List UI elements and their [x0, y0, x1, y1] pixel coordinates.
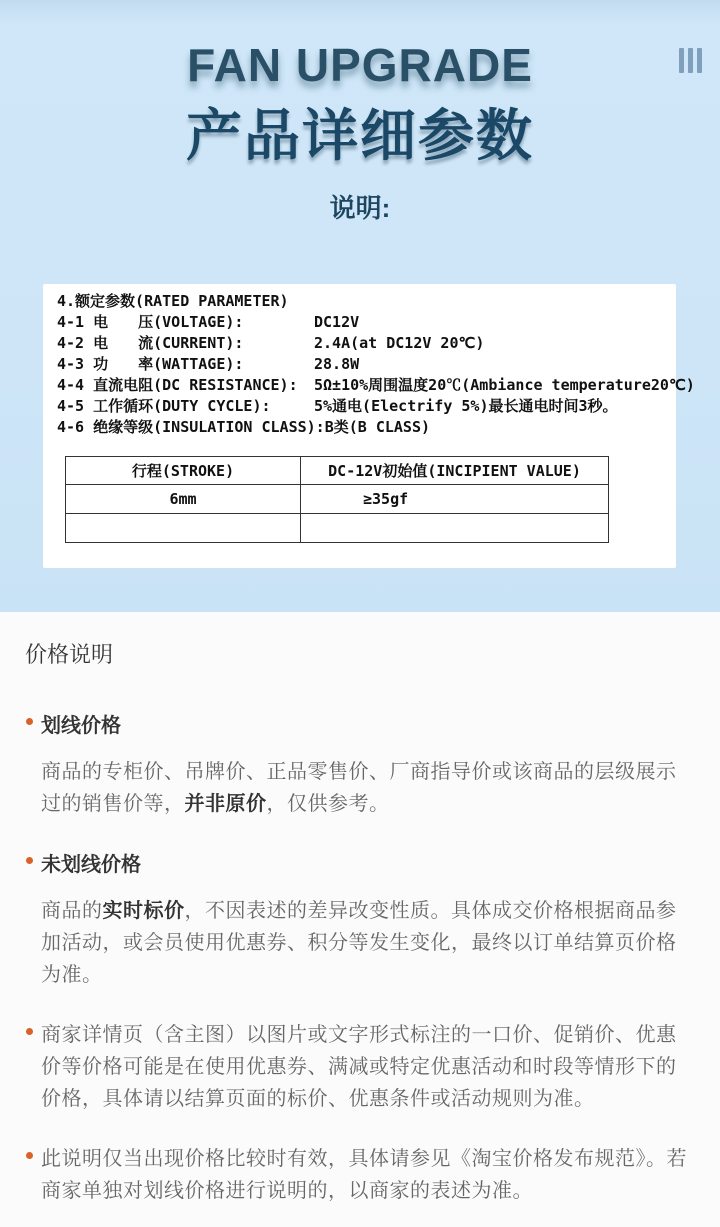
spec-value: DC12V: [314, 313, 359, 331]
note-paragraph: 商家详情页（含主图）以图片或文字形式标注的一口价、促销价、优惠价等价格可能是在使…: [41, 1019, 696, 1115]
spec-value: 28.8W: [314, 355, 359, 373]
spec-label: 4-4 直流电阻(DC RESISTANCE):: [57, 375, 314, 396]
hero-title-en: FAN UPGRADE: [0, 38, 720, 92]
note-unstruck-price: 未划线价格 商品的实时标价，不因表述的差异改变性质。具体成交价格根据商品参加活动…: [25, 848, 696, 991]
table-header-row: 行程(STROKE) DC-12V初始值(INCIPIENT VALUE): [66, 457, 609, 485]
spec-value: B类(B CLASS): [325, 418, 430, 436]
spec-heading: 4.额定参数(RATED PARAMETER): [57, 291, 666, 312]
note-title: 未划线价格: [41, 848, 696, 877]
spec-row-resistance: 4-4 直流电阻(DC RESISTANCE):5Ω±10%周围温度20℃(Am…: [57, 375, 666, 396]
spec-label: 4-5 工作循环(DUTY CYCLE):: [57, 396, 314, 417]
spec-box: 4.额定参数(RATED PARAMETER) 4-1 电 压(VOLTAGE)…: [43, 284, 676, 568]
spec-text: 4.额定参数(RATED PARAMETER) 4-1 电 压(VOLTAGE)…: [43, 284, 676, 438]
table-header-stroke: 行程(STROKE): [66, 457, 301, 485]
spec-label: 4-3 功 率(WATTAGE):: [57, 354, 314, 375]
table-cell-empty: [66, 514, 301, 543]
page-title: 产品详细参数: [0, 92, 720, 172]
spec-label: 4-2 电 流(CURRENT):: [57, 333, 314, 354]
note-price-comparison: 此说明仅当出现价格比较时有效，具体请参见《淘宝价格发布规范》。若商家单独对划线价…: [25, 1143, 696, 1207]
price-notes-section: 价格说明 划线价格 商品的专柜价、吊牌价、正品零售价、厂商指导价或该商品的层级展…: [0, 612, 720, 1227]
note-paragraph: 商品的实时标价，不因表述的差异改变性质。具体成交价格根据商品参加活动，或会员使用…: [41, 895, 696, 991]
spec-row-insulation: 4-6 绝缘等级(INSULATION CLASS):B类(B CLASS): [57, 417, 666, 438]
table-cell-stroke: 6mm: [66, 485, 301, 514]
spec-label: 4-6 绝缘等级(INSULATION CLASS):: [57, 417, 325, 438]
table-cell-incipient-value: ≥35gf: [301, 485, 609, 514]
spec-value: 5Ω±10%周围温度20℃(Ambiance temperature20℃): [314, 376, 695, 394]
spec-label: 4-1 电 压(VOLTAGE):: [57, 312, 314, 333]
table-row: [66, 514, 609, 543]
product-detail-page: FAN UPGRADE 产品详细参数 说明: 4.额定参数(RATED PARA…: [0, 0, 720, 1227]
note-title: 划线价格: [41, 709, 696, 738]
note-paragraph: 此说明仅当出现价格比较时有效，具体请参见《淘宝价格发布规范》。若商家单独对划线价…: [41, 1143, 696, 1207]
price-notes-title: 价格说明: [25, 638, 696, 669]
note-strikethrough-price: 划线价格 商品的专柜价、吊牌价、正品零售价、厂商指导价或该商品的层级展示过的销售…: [25, 709, 696, 820]
spec-value: 5%通电(Electrify 5%)最长通电时间3秒。: [314, 397, 618, 415]
note-seller-detail-page: 商家详情页（含主图）以图片或文字形式标注的一口价、促销价、优惠价等价格可能是在使…: [25, 1019, 696, 1115]
spec-row-wattage: 4-3 功 率(WATTAGE):28.8W: [57, 354, 666, 375]
table-row: 6mm ≥35gf: [66, 485, 609, 514]
note-paragraph: 商品的专柜价、吊牌价、正品零售价、厂商指导价或该商品的层级展示过的销售价等，并非…: [41, 756, 696, 820]
spec-row-voltage: 4-1 电 压(VOLTAGE):DC12V: [57, 312, 666, 333]
spec-row-current: 4-2 电 流(CURRENT):2.4A(at DC12V 20℃): [57, 333, 666, 354]
product-params-section: FAN UPGRADE 产品详细参数 说明: 4.额定参数(RATED PARA…: [0, 0, 720, 612]
spec-value: 2.4A(at DC12V 20℃): [314, 334, 484, 352]
table-header-incipient-value: DC-12V初始值(INCIPIENT VALUE): [301, 457, 609, 485]
hero-subtitle: 说明:: [0, 188, 720, 225]
table-cell-empty: [301, 514, 609, 543]
stroke-table: 行程(STROKE) DC-12V初始值(INCIPIENT VALUE) 6m…: [65, 456, 609, 543]
spec-row-duty-cycle: 4-5 工作循环(DUTY CYCLE):5%通电(Electrify 5%)最…: [57, 396, 666, 417]
